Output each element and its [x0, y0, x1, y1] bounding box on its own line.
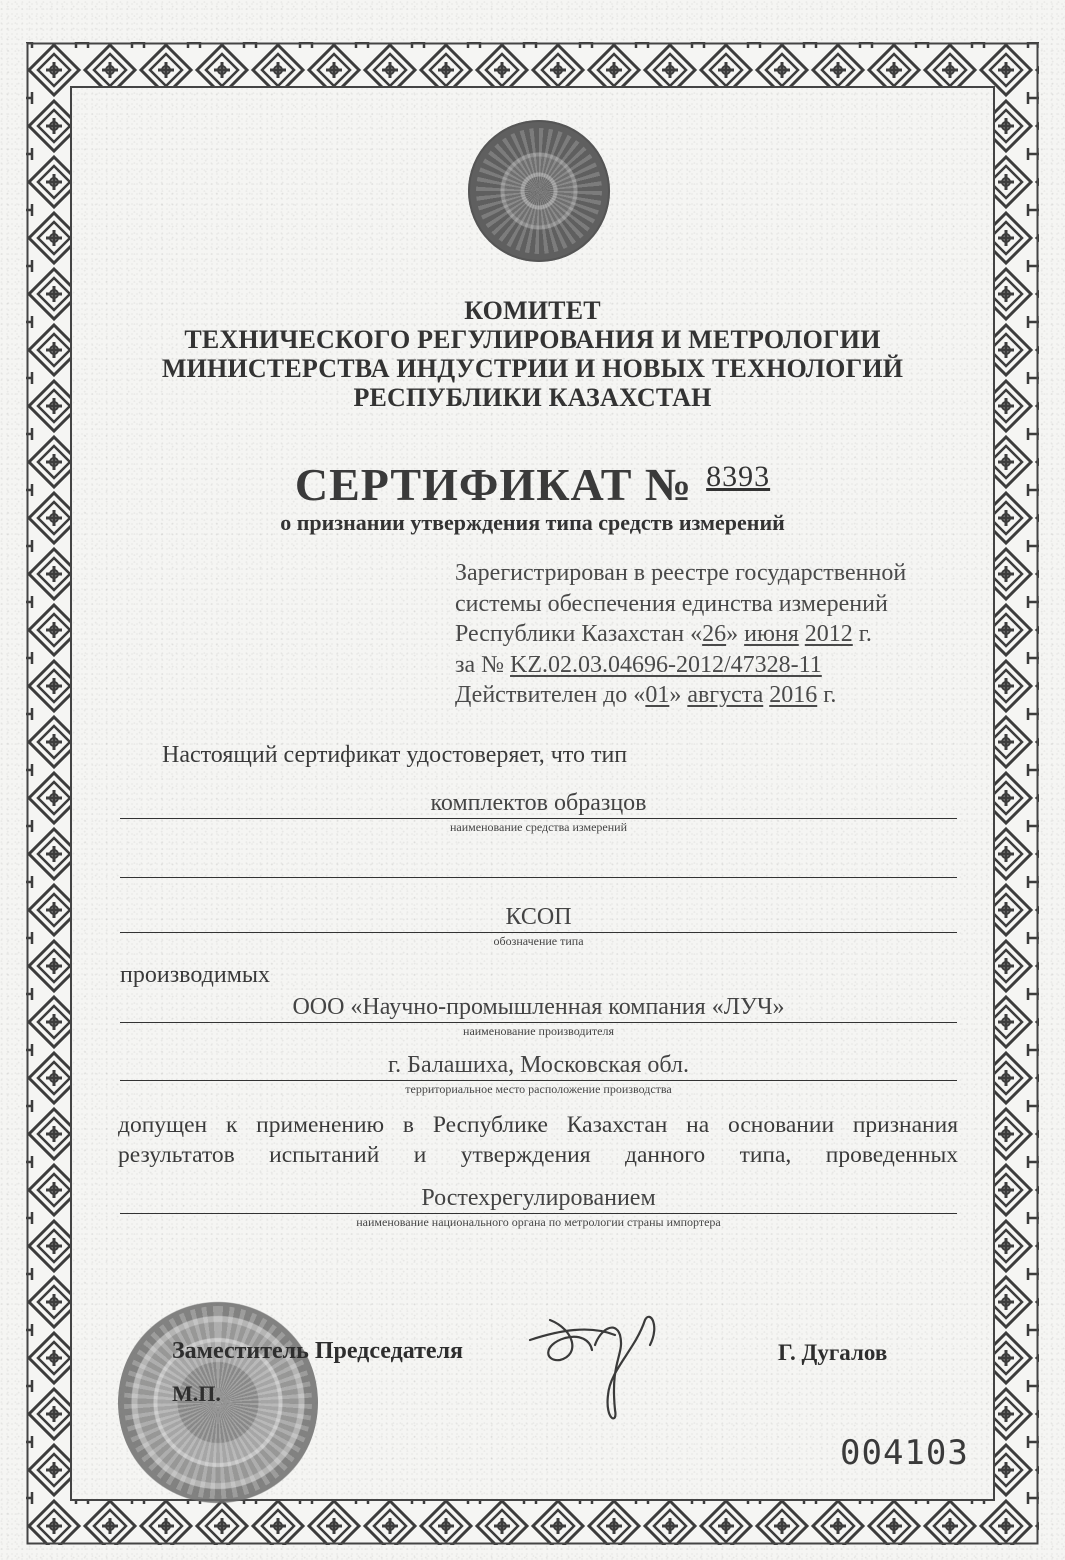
- signatory-role: Заместитель Председателя: [172, 1338, 463, 1365]
- underline: [120, 1022, 957, 1023]
- valid-month: августа: [687, 682, 763, 708]
- registration-block: Зарегистрирован в реестре государственно…: [455, 558, 975, 711]
- registration-year: 2012: [805, 621, 853, 647]
- issuer-line: КОМИТЕТ: [120, 296, 945, 325]
- signature-icon: [520, 1300, 670, 1430]
- stamp-label: М.П.: [172, 1381, 221, 1407]
- certificate-paper: КОМИТЕТ ТЕХНИЧЕСКОГО РЕГУЛИРОВАНИЯ И МЕТ…: [0, 0, 1065, 1560]
- authority-field: Ростехрегулированием наименование национ…: [120, 1183, 957, 1229]
- location-field: г. Балашиха, Московская обл. территориал…: [120, 1050, 957, 1096]
- certificate-subtitle: о признании утверждения типа средств изм…: [0, 510, 1065, 536]
- instrument-name-field: комплектов образцов наименование средств…: [120, 788, 957, 834]
- location-value: г. Балашиха, Московская обл.: [120, 1050, 957, 1080]
- issuer-line: РЕСПУБЛИКИ КАЗАХСТАН: [120, 383, 945, 412]
- manufacturer-value: ООО «Научно-промышленная компания «ЛУЧ»: [120, 992, 957, 1022]
- registration-date-line: Республики Казахстан «26» июня 2012 г.: [455, 619, 975, 650]
- type-designation-caption: обозначение типа: [120, 934, 957, 948]
- instrument-name-value: комплектов образцов: [120, 788, 957, 818]
- certificate-number: 8393: [706, 460, 770, 493]
- authority-value: Ростехрегулированием: [120, 1183, 957, 1213]
- authority-caption: наименование национального органа по мет…: [120, 1215, 957, 1229]
- produced-label: производимых: [120, 962, 270, 989]
- registration-number: KZ.02.03.04696-2012/47328-11: [510, 652, 822, 678]
- issuer-line: МИНИСТЕРСТВА ИНДУСТРИИ И НОВЫХ ТЕХНОЛОГИ…: [120, 354, 945, 383]
- issuer-heading: КОМИТЕТ ТЕХНИЧЕСКОГО РЕГУЛИРОВАНИЯ И МЕТ…: [120, 296, 945, 412]
- state-emblem-icon: [468, 120, 610, 262]
- instrument-name-line2-field: [120, 847, 957, 878]
- registration-number-line: за № KZ.02.03.04696-2012/47328-11: [455, 650, 975, 681]
- validity-line: Действителен до «01» августа 2016 г.: [455, 680, 975, 711]
- admission-statement: допущен к применению в Республике Казахс…: [118, 1110, 958, 1170]
- registration-day: 26: [702, 621, 726, 647]
- serial-number: 004103: [840, 1433, 969, 1473]
- underline: [120, 1080, 957, 1081]
- valid-year: 2016: [769, 682, 817, 708]
- type-designation-field: КСОП обозначение типа: [120, 902, 957, 948]
- underline: [120, 932, 957, 933]
- certificate-title-text: СЕРТИФИКАТ №: [295, 459, 692, 510]
- certificate-title: СЕРТИФИКАТ №8393: [0, 458, 1065, 511]
- registration-month: июня: [744, 621, 799, 647]
- underline: [120, 877, 957, 878]
- underline: [120, 1213, 957, 1214]
- certificate-intro: Настоящий сертификат удостоверяет, что т…: [162, 742, 627, 769]
- location-caption: территориальное место расположение произ…: [120, 1082, 957, 1096]
- manufacturer-caption: наименование производителя: [120, 1024, 957, 1038]
- registration-line: Зарегистрирован в реестре государственно…: [455, 558, 975, 589]
- manufacturer-field: ООО «Научно-промышленная компания «ЛУЧ» …: [120, 992, 957, 1038]
- instrument-name-caption: наименование средства измерений: [120, 820, 957, 834]
- instrument-name-line2-value: [120, 847, 957, 877]
- issuer-line: ТЕХНИЧЕСКОГО РЕГУЛИРОВАНИЯ И МЕТРОЛОГИИ: [120, 325, 945, 354]
- signatory-name: Г. Дугалов: [778, 1340, 887, 1366]
- registration-line: системы обеспечения единства измерений: [455, 589, 975, 620]
- underline: [120, 818, 957, 819]
- type-designation-value: КСОП: [120, 902, 957, 932]
- valid-day: 01: [645, 682, 669, 708]
